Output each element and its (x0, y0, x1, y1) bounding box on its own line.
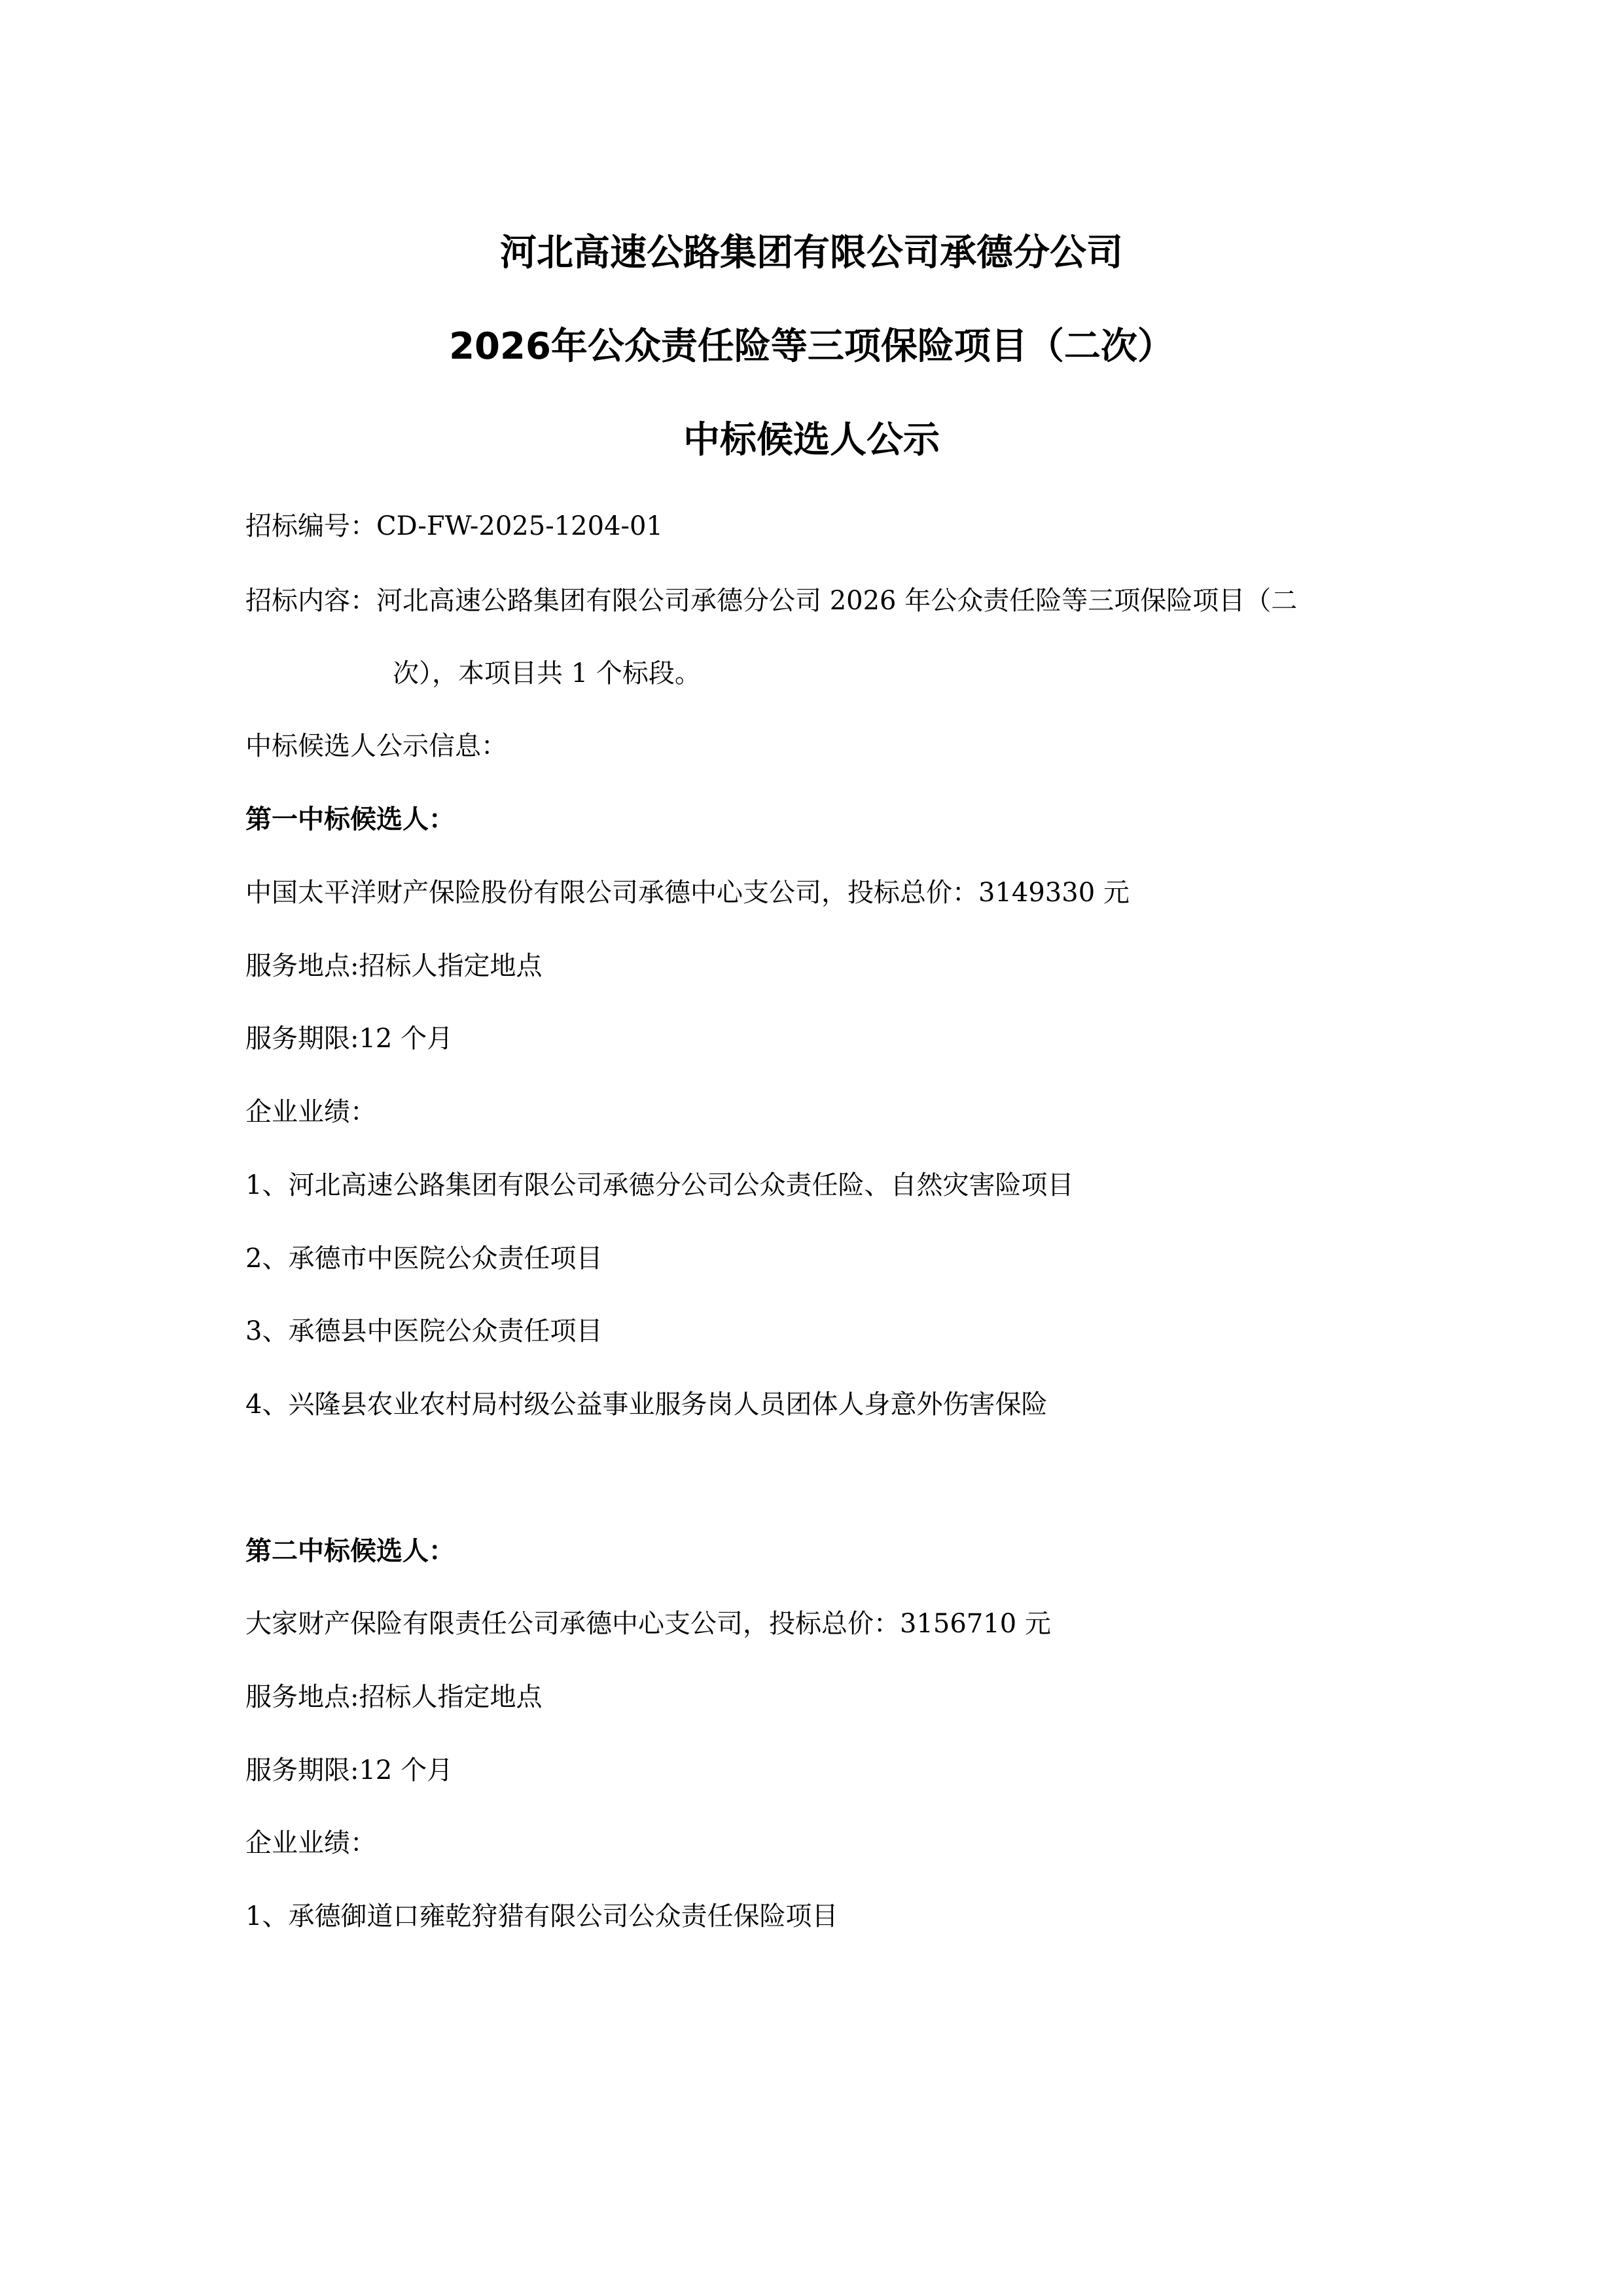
title-line-1: 河北高速公路集团有限公司承德分公司 (0, 230, 1623, 276)
title-line-3: 中标候选人公示 (0, 418, 1623, 463)
tender-number: 招标编号：CD-FW-2025-1204-01 (245, 508, 663, 545)
candidate-1-company-bid: 中国太平洋财产保险股份有限公司承德中心支公司，投标总价：3149330 元 (245, 874, 1130, 911)
candidate-1-service-period: 服务期限:12 个月 (245, 1020, 453, 1057)
candidate-1-heading: 第一中标候选人： (245, 801, 455, 838)
title-line-2: 2026年公众责任险等三项保险项目（二次） (0, 324, 1623, 370)
candidate-2-performance-label: 企业业绩： (245, 1825, 376, 1861)
candidate-2-service-location: 服务地点:招标人指定地点 (245, 1679, 542, 1715)
candidate-2-heading: 第二中标候选人： (245, 1533, 455, 1570)
candidate-2-service-period: 服务期限:12 个月 (245, 1752, 453, 1789)
candidate-1-service-location: 服务地点:招标人指定地点 (245, 948, 542, 984)
candidate-1-performance-item: 3、承德县中医院公众责任项目 (245, 1313, 602, 1350)
tender-content-line-2: 次），本项目共 1 个标段。 (393, 655, 701, 692)
candidate-2-company-bid: 大家财产保险有限责任公司承德中心支公司，投标总价：3156710 元 (245, 1605, 1051, 1642)
candidate-1-performance-item: 2、承德市中医院公众责任项目 (245, 1240, 602, 1277)
tender-content-line-1: 招标内容：河北高速公路集团有限公司承德分公司 2026 年公众责任险等三项保险项… (245, 583, 1297, 619)
candidate-1-performance-label: 企业业绩： (245, 1094, 376, 1130)
candidate-2-performance-item: 1、承德御道口雍乾狩猎有限公司公众责任保险项目 (245, 1898, 838, 1935)
candidate-1-performance-item: 1、河北高速公路集团有限公司承德分公司公众责任险、自然灾害险项目 (245, 1167, 1073, 1204)
candidate-1-performance-item: 4、兴隆县农业农村局村级公益事业服务岗人员团体人身意外伤害保险 (245, 1386, 1047, 1423)
candidates-heading: 中标候选人公示信息： (245, 728, 507, 764)
